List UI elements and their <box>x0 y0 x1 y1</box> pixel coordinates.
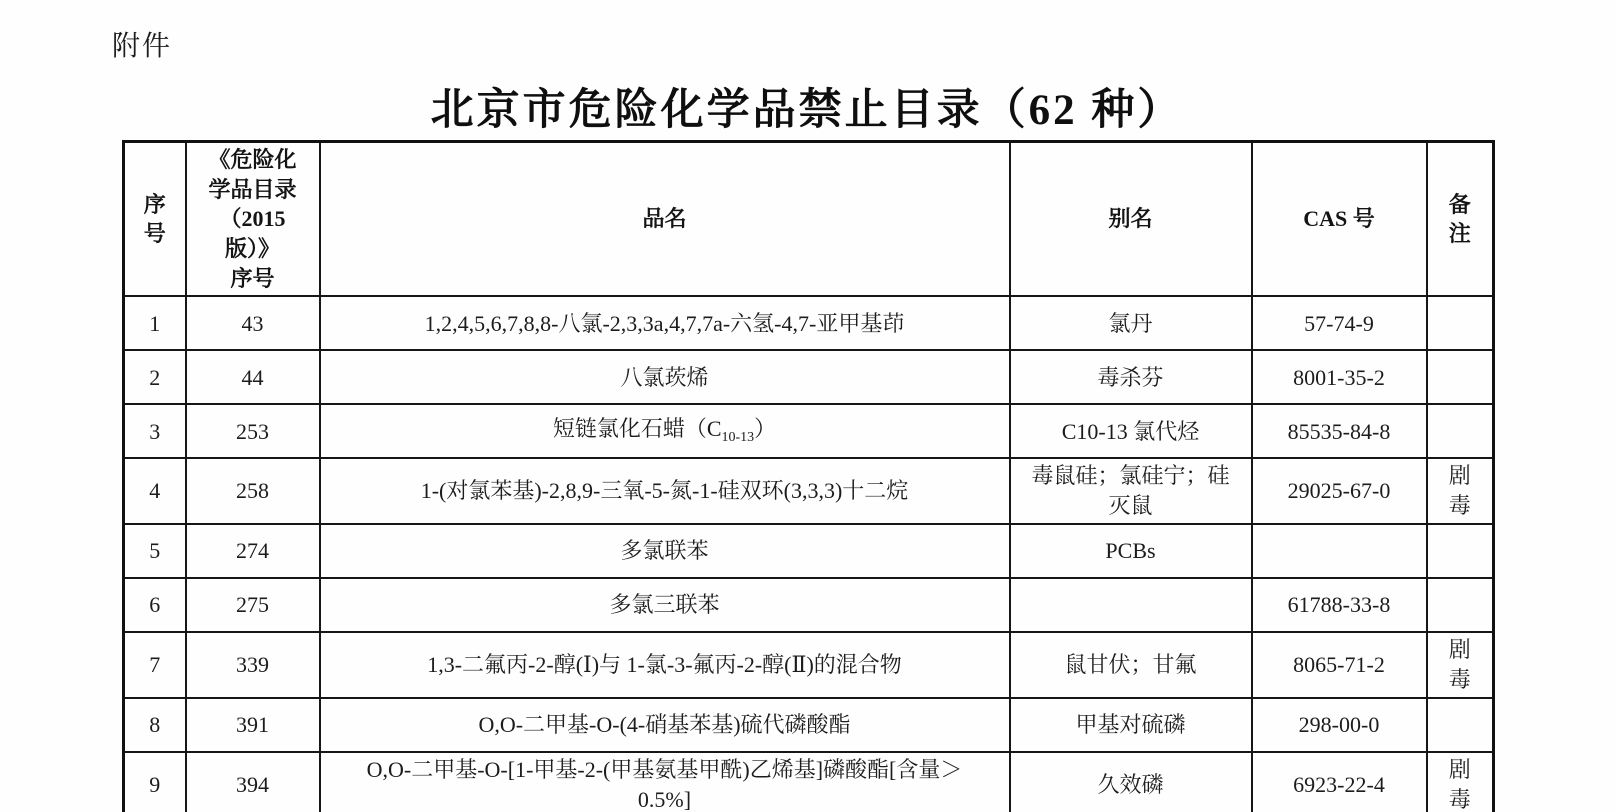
catalog-cell: 44 <box>186 350 320 404</box>
name-cell: 多氯联苯 <box>320 524 1010 578</box>
cas-cell: 57-74-9 <box>1252 296 1427 350</box>
seq-cell: 2 <box>124 350 186 404</box>
catalog-cell: 394 <box>186 752 320 812</box>
table-row: 6 275 多氯三联苯 61788-33-8 <box>124 578 1494 632</box>
catalog-cell: 275 <box>186 578 320 632</box>
remark-cell <box>1427 578 1494 632</box>
name-cell: 1,2,4,5,6,7,8,8-八氯-2,3,3a,4,7,7a-六氢-4,7-… <box>320 296 1010 350</box>
catalog-cell: 258 <box>186 458 320 523</box>
header-catalog-number: 《危险化 学品目录 （2015 版）》 序号 <box>186 142 320 297</box>
seq-cell: 6 <box>124 578 186 632</box>
alias-cell: 毒鼠硅；氯硅宁；硅 灭鼠 <box>1010 458 1252 523</box>
table-header-row: 序 号 《危险化 学品目录 （2015 版）》 序号 品名 别名 CAS 号 备… <box>124 142 1494 297</box>
name-cell: 多氯三联苯 <box>320 578 1010 632</box>
seq-cell: 8 <box>124 698 186 752</box>
table-row: 9 394 O,O-二甲基-O-[1-甲基-2-(甲基氨基甲酰)乙烯基]磷酸酯[… <box>124 752 1494 812</box>
cas-cell: 8001-35-2 <box>1252 350 1427 404</box>
table-row: 5 274 多氯联苯 PCBs <box>124 524 1494 578</box>
table-row: 7 339 1,3-二氟丙-2-醇(Ⅰ)与 1-氯-3-氟丙-2-醇(Ⅱ)的混合… <box>124 632 1494 698</box>
name-cell: 短链氯化石蜡（C10-13） <box>320 404 1010 458</box>
cas-cell <box>1252 524 1427 578</box>
attachment-label: 附件 <box>112 24 172 64</box>
name-cell: 八氯莰烯 <box>320 350 1010 404</box>
cas-cell: 298-00-0 <box>1252 698 1427 752</box>
table-row: 4 258 1-(对氯苯基)-2,8,9-三氧-5-氮-1-硅双环(3,3,3)… <box>124 458 1494 523</box>
cas-cell: 85535-84-8 <box>1252 404 1427 458</box>
remark-cell: 剧 毒 <box>1427 752 1494 812</box>
remark-cell <box>1427 524 1494 578</box>
name-cell: 1-(对氯苯基)-2,8,9-三氧-5-氮-1-硅双环(3,3,3)十二烷 <box>320 458 1010 523</box>
table-row: 2 44 八氯莰烯 毒杀芬 8001-35-2 <box>124 350 1494 404</box>
page-title: 北京市危险化学品禁止目录（62 种） <box>122 76 1492 137</box>
cas-cell: 29025-67-0 <box>1252 458 1427 523</box>
catalog-cell: 274 <box>186 524 320 578</box>
cas-cell: 6923-22-4 <box>1252 752 1427 812</box>
alias-cell: 久效磷 <box>1010 752 1252 812</box>
document-page: 附件 北京市危险化学品禁止目录（62 种） 序 号 《危险化 学品目录 （201… <box>0 0 1617 812</box>
prohibited-chemicals-table: 序 号 《危险化 学品目录 （2015 版）》 序号 品名 别名 CAS 号 备… <box>122 140 1495 812</box>
remark-cell <box>1427 698 1494 752</box>
table-row: 8 391 O,O-二甲基-O-(4-硝基苯基)硫代磷酸酯 甲基对硫磷 298-… <box>124 698 1494 752</box>
catalog-cell: 339 <box>186 632 320 698</box>
seq-cell: 5 <box>124 524 186 578</box>
seq-cell: 9 <box>124 752 186 812</box>
remark-cell: 剧 毒 <box>1427 632 1494 698</box>
catalog-cell: 391 <box>186 698 320 752</box>
table-row: 1 43 1,2,4,5,6,7,8,8-八氯-2,3,3a,4,7,7a-六氢… <box>124 296 1494 350</box>
header-remark: 备 注 <box>1427 142 1494 297</box>
header-alias: 别名 <box>1010 142 1252 297</box>
alias-cell: C10-13 氯代烃 <box>1010 404 1252 458</box>
remark-cell <box>1427 296 1494 350</box>
alias-cell: 毒杀芬 <box>1010 350 1252 404</box>
name-cell: O,O-二甲基-O-[1-甲基-2-(甲基氨基甲酰)乙烯基]磷酸酯[含量＞ 0.… <box>320 752 1010 812</box>
alias-cell: 甲基对硫磷 <box>1010 698 1252 752</box>
seq-cell: 7 <box>124 632 186 698</box>
remark-cell <box>1427 350 1494 404</box>
header-product-name: 品名 <box>320 142 1010 297</box>
header-cas-number: CAS 号 <box>1252 142 1427 297</box>
catalog-cell: 253 <box>186 404 320 458</box>
alias-cell: PCBs <box>1010 524 1252 578</box>
remark-cell: 剧 毒 <box>1427 458 1494 523</box>
name-cell: 1,3-二氟丙-2-醇(Ⅰ)与 1-氯-3-氟丙-2-醇(Ⅱ)的混合物 <box>320 632 1010 698</box>
name-text: 短链氯化石蜡（C <box>553 416 722 441</box>
name-cell: O,O-二甲基-O-(4-硝基苯基)硫代磷酸酯 <box>320 698 1010 752</box>
cas-cell: 61788-33-8 <box>1252 578 1427 632</box>
name-subscript: 10-13 <box>722 430 755 445</box>
seq-cell: 1 <box>124 296 186 350</box>
cas-cell: 8065-71-2 <box>1252 632 1427 698</box>
remark-cell <box>1427 404 1494 458</box>
catalog-cell: 43 <box>186 296 320 350</box>
header-seq: 序 号 <box>124 142 186 297</box>
alias-cell: 鼠甘伏；甘氟 <box>1010 632 1252 698</box>
seq-cell: 3 <box>124 404 186 458</box>
seq-cell: 4 <box>124 458 186 523</box>
table-row: 3 253 短链氯化石蜡（C10-13） C10-13 氯代烃 85535-84… <box>124 404 1494 458</box>
alias-cell: 氯丹 <box>1010 296 1252 350</box>
name-text: ） <box>754 416 776 441</box>
alias-cell <box>1010 578 1252 632</box>
